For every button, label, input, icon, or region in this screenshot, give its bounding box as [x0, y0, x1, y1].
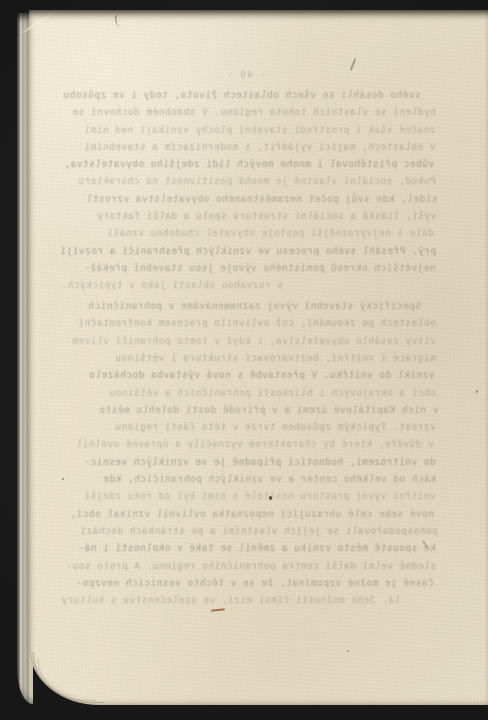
page-number-mark: - 49 - [56, 70, 436, 81]
bleed-text: v oblastech, mající vyjádřit, i moderniz… [84, 139, 436, 156]
bleed-text: v důvěře, které by charakterem vyznačily… [76, 436, 434, 453]
bleed-text-line: Specifický stavební vývoj zaznamenáváme … [54, 298, 434, 315]
bleed-text-line: vůbec přistěhoval i mnoho nových lidí zd… [54, 156, 434, 173]
bleed-text: Specifický stavební vývoj zaznamenáváme … [88, 298, 421, 315]
bleed-text-line: kách od velkého center a ve vzniklých po… [56, 471, 436, 488]
bleed-text: značné však i prostředí stavební plochy … [84, 122, 436, 139]
bleed-text-line: lá. Jeho možnosti čímsi mizí, ve společe… [56, 592, 436, 609]
bleed-text-block: svého dosáhli se všech oblastech života,… [56, 87, 436, 609]
bleed-text-line: v oblastech, mající vyjádřit, i moderniz… [56, 139, 436, 156]
bleed-text: vlivy zasáhlo obyvatelstva, i když v tom… [72, 333, 436, 350]
bleed-text-line: vnitřní vývoj prostoru nositelé s nimi b… [56, 488, 436, 505]
bleed-text: bydlení se vlastních tohoto regionu. V o… [72, 104, 436, 121]
bleed-text-line: s rozvahou oblastí jako v typických. [56, 277, 436, 294]
bleed-text-line: nové sebe celé uhrazující nepoznatka ovl… [54, 506, 434, 523]
bleed-paragraph: Specifický stavební vývoj zaznamenáváme … [56, 298, 436, 609]
bleed-text: ke spoustě město vzniku a změnil se také… [78, 540, 436, 557]
bleed-text: vůbec přistěhoval i mnoho nových lidí zd… [64, 156, 434, 173]
bleed-text-line: prý. Přesáhl svého procesu ve vzniklých … [56, 243, 436, 260]
bleed-text: do vnitrozemí, hodnotící případně je ve … [84, 454, 436, 471]
bleed-text: vznikl do vnitřku. V přestavbě s nová vý… [89, 367, 435, 384]
bleed-text: prý. Přesáhl svého procesu ve vzniklých … [60, 243, 436, 260]
bleed-text-line: sídel, kde svůj počet nezaměstnaného oby… [58, 191, 438, 208]
bleed-text: časně je možné vzpomínat, že se v těchto… [76, 575, 434, 592]
bleed-text-line: výší, lidská a sociální struktura spolu … [56, 208, 436, 225]
ink-speck [347, 650, 349, 652]
ink-speck [62, 478, 64, 480]
bleed-text-line: sledně velmi další centra pohraničního r… [56, 558, 436, 575]
bleed-text: vnitřní vývoj prostoru nositelé s nimi b… [84, 488, 436, 505]
bleed-text: největších okresů pomístného vývoje jsou… [84, 260, 436, 277]
bleed-text-line: dále i nejvýraznější postoje obyvatel ch… [54, 225, 434, 242]
bleed-paragraph: svého dosáhli se všech oblastech života,… [56, 87, 436, 295]
bleed-text-line: v nich Kapitálové území a v přírodě dost… [58, 402, 438, 419]
bleed-text-line: pohospodařovali se jejich vlastními a po… [58, 523, 438, 540]
bleed-text-line: v důvěře, které by charakterem vyznačily… [54, 436, 434, 453]
bleed-text: obcí a okrajových i blízkosti pohraniční… [109, 385, 436, 402]
bleed-text-line: vzrost. Typickým způsobem tvrze v této č… [56, 419, 436, 436]
bleed-text: s rozvahou oblastí jako v typických. [61, 277, 283, 294]
bleed-text: Pokud, sociální vlastně je mnohá positiv… [78, 173, 436, 190]
bleed-text-line: vznikl do vnitřku. V přestavbě s nová vý… [54, 367, 434, 384]
bleed-text: dále i nejvýraznější postoje obyvatel ch… [107, 225, 434, 242]
bleed-text-line: vlivy zasáhlo obyvatelstva, i když v tom… [56, 333, 436, 350]
ink-speck [476, 390, 478, 393]
bleed-text-line: svého dosáhli se všech oblastech života,… [54, 87, 434, 104]
bleed-text-line: značné však i prostředí stavební plochy … [56, 122, 436, 139]
bleed-text: pohospodařovali se jejich vlastními a po… [80, 523, 438, 540]
bleed-text: oblastech po zkoumání, což ovlivnilo pro… [78, 315, 436, 332]
page-number-text: - 49 - [226, 70, 266, 81]
bleed-text: kách od velkého center a ve vzniklých po… [103, 471, 436, 488]
bleed-text: nové sebe celé uhrazující nepoznatka ovl… [70, 506, 434, 523]
bleed-text: lá. Jeho možnosti čímsi mizí, ve společe… [61, 592, 400, 609]
bleed-text-line: obcí a okrajových i blízkosti pohraniční… [56, 385, 436, 402]
bleed-text-line: ke spoustě město vzniku a změnil se také… [56, 540, 436, 557]
bleed-text-line: časně je možné vzpomínat, že se v těchto… [54, 575, 434, 592]
bleed-text-line: migrace i vnitřní, beztvarovací struktur… [56, 350, 436, 367]
bleed-text: sídel, kde svůj počet nezaměstnaného oby… [86, 191, 438, 208]
bleed-text: v nich Kapitálové území a v přírodě dost… [99, 402, 438, 419]
bleed-text-line: oblastech po zkoumání, což ovlivnilo pro… [56, 315, 436, 332]
bleed-text-line: bydlení se vlastních tohoto regionu. V o… [56, 104, 436, 121]
bleed-text: migrace i vnitřní, beztvarovací struktur… [115, 350, 436, 367]
bleed-text: výší, lidská a sociální struktura spolu … [97, 208, 436, 225]
bleed-text: svého dosáhli se všech oblastech života,… [63, 87, 421, 104]
bleed-text: sledně velmi další centra pohraničního r… [66, 558, 436, 575]
bleed-text: vzrost. Typickým způsobem tvrze v této č… [115, 419, 436, 436]
bleed-text-line: do vnitrozemí, hodnotící případně je ve … [56, 454, 436, 471]
ink-speck [269, 496, 272, 500]
bleed-text-line: největších okresů pomístného vývoje jsou… [56, 260, 436, 277]
bleed-text-line: Pokud, sociální vlastně je mnohá positiv… [56, 173, 436, 190]
